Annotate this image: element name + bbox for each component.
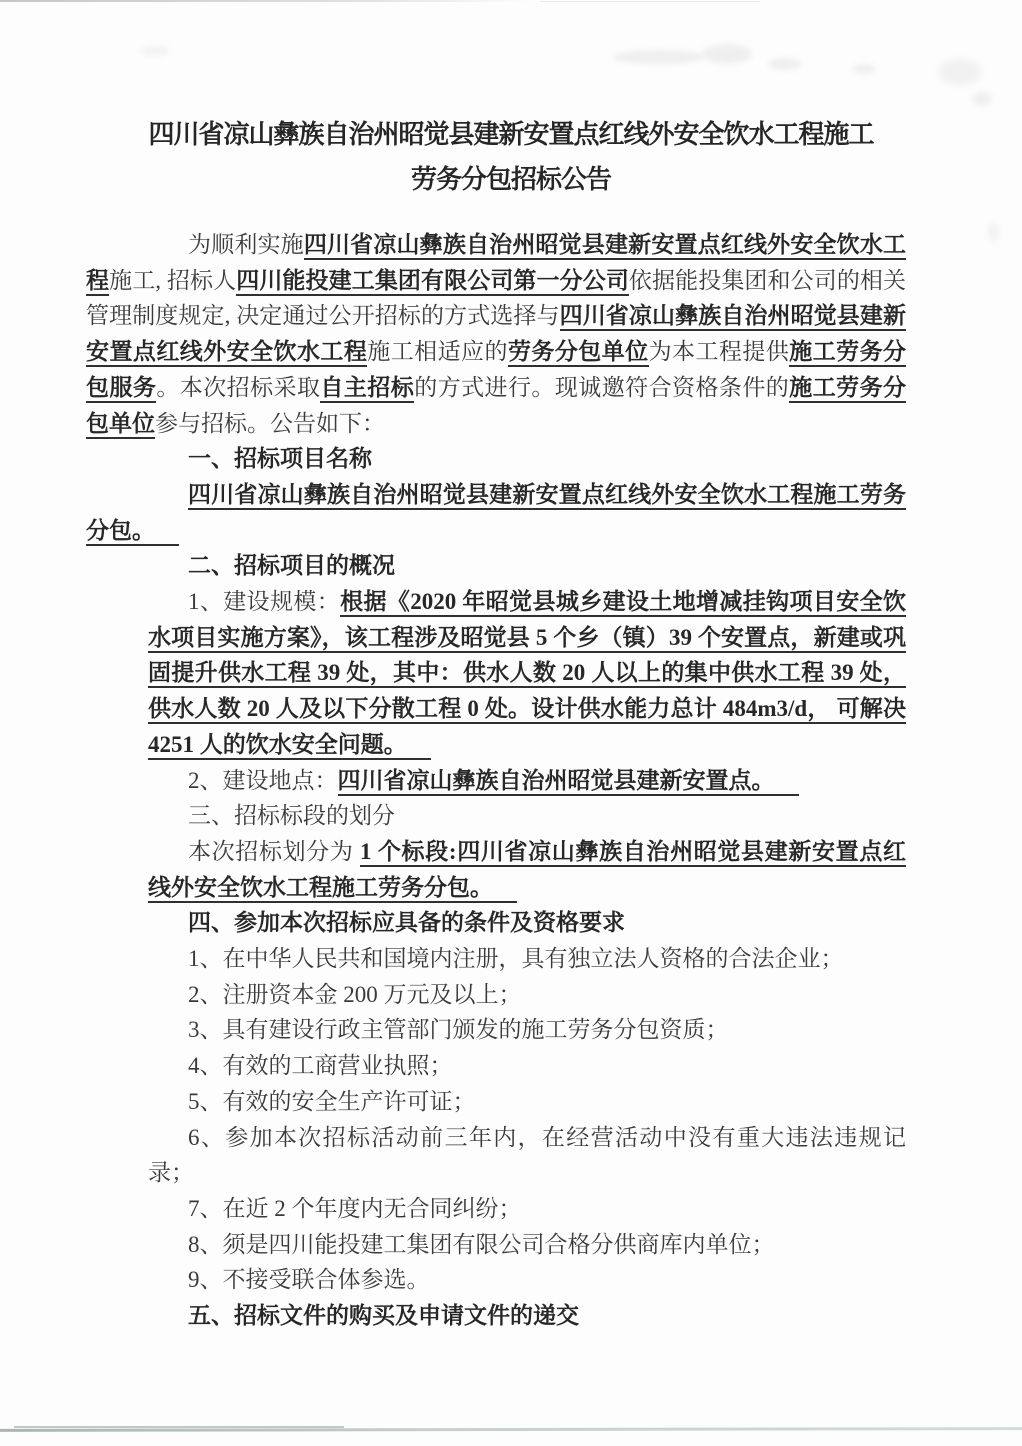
text-run: 自主招标 [320, 375, 414, 403]
qualification-item-1: 1、在中华人民共和国境内注册，具有独立法人资格的合法企业； [148, 941, 906, 977]
text-run: 四川省凉山彝族自治州昭觉县建新安置点红线外安全饮水工程施工劳务分包。 [86, 482, 906, 546]
scan-artifact-top-edge-2 [540, 1, 760, 2]
text-run: 四川能投建工集团有限公司第一分公司 [236, 268, 629, 296]
bid-sections-paragraph: 本次招标划分为 1 个标段:四川省凉山彝族自治州昭觉县建新安置点红线外安全饮水工… [148, 834, 906, 905]
text-run: 为本工程提供 [649, 339, 790, 364]
section-1-heading: 一、招标项目名称 [86, 441, 906, 477]
text-run: 8、须是四川能投建工集团有限公司合格分供商库内单位； [188, 1232, 775, 1257]
scan-artifact-smudge [938, 58, 982, 86]
document-body: 为顺利实施四川省凉山彝族自治州昭觉县建新安置点红线外安全饮水工程施工, 招标人四… [86, 227, 906, 1334]
text-run: 4、有效的工商营业执照； [188, 1053, 453, 1078]
text-run: 本次招标划分为 [188, 839, 360, 864]
scan-artifact-bottom-edge [0, 1427, 1022, 1432]
scan-artifact-smudge [140, 46, 170, 56]
section-5-heading: 五、招标文件的购买及申请文件的递交 [86, 1298, 906, 1334]
text-run: 参与招标。公告如下： [155, 411, 385, 436]
scan-artifact-smudge [852, 64, 876, 74]
qualification-item-9: 9、不接受联合体参选。 [148, 1262, 906, 1298]
text-run: 劳务分包单位 [508, 339, 649, 367]
section-2-heading: 二、招标项目的概况 [86, 548, 906, 584]
construction-site-paragraph: 2、建设地点：四川省凉山彝族自治州昭觉县建新安置点。 [148, 763, 906, 799]
scan-artifact-smudge [768, 58, 802, 70]
text-run: 1、建设规模： [188, 589, 340, 614]
text-run: 的方式进行。现诚邀符合资格条件的 [414, 375, 789, 400]
text-run: 四、参加本次招标应具备的条件及资格要求 [188, 910, 625, 935]
construction-scale-paragraph: 1、建设规模：根据《2020 年昭觉县城乡建设土地增减挂钩项目安全饮水项目实施方… [148, 584, 906, 763]
intro-paragraph: 为顺利实施四川省凉山彝族自治州昭觉县建新安置点红线外安全饮水工程施工, 招标人四… [86, 227, 906, 441]
text-run: 7、在近 2 个年度内无合同纠纷； [188, 1196, 522, 1221]
qualification-item-7: 7、在近 2 个年度内无合同纠纷； [148, 1191, 906, 1227]
qualification-item-8: 8、须是四川能投建工集团有限公司合格分供商库内单位； [148, 1227, 906, 1263]
text-run: 3、具有建设行政主管部门颁发的施工劳务分包资质； [188, 1017, 729, 1042]
document-title-line-2: 劳务分包招标公告 [60, 157, 962, 202]
project-name-paragraph: 四川省凉山彝族自治州昭觉县建新安置点红线外安全饮水工程施工劳务分包。 [86, 477, 906, 548]
text-run: 四川省凉山彝族自治州昭觉县建新安置点。 [338, 768, 799, 796]
qualification-item-5: 5、有效的安全生产许可证； [148, 1084, 906, 1120]
text-run: 二、招标项目的概况 [188, 553, 395, 578]
scan-artifact-smudge [612, 50, 704, 64]
text-run: 6、参加本次招标活动前三年内，在经营活动中没有重大违法违规记录； [148, 1125, 906, 1186]
text-run: 施工, 招标人 [109, 268, 236, 293]
qualification-item-6: 6、参加本次招标活动前三年内，在经营活动中没有重大违法违规记录； [148, 1120, 906, 1191]
scan-artifact-smudge [702, 44, 752, 64]
text-run: 一、招标项目名称 [188, 446, 372, 471]
section-4-heading: 四、参加本次招标应具备的条件及资格要求 [86, 905, 906, 941]
section-3-heading: 三、招标标段的划分 [86, 798, 906, 834]
document-title-line-1: 四川省凉山彝族自治州昭觉县建新安置点红线外安全饮水工程施工 [60, 112, 962, 157]
scan-artifact-smudge [972, 92, 992, 106]
text-run: 五、招标文件的购买及申请文件的递交 [188, 1303, 579, 1328]
text-run: 。本次招标采取 [156, 375, 320, 400]
document-page: 四川省凉山彝族自治州昭觉县建新安置点红线外安全饮水工程施工 劳务分包招标公告 为… [0, 0, 1022, 1446]
text-run: 根据《2020 年昭觉县城乡建设土地增减挂钩项目安全饮水项目实施方案》，该工程涉… [148, 589, 906, 760]
text-run: 三、招标标段的划分 [188, 803, 395, 828]
qualification-item-4: 4、有效的工商营业执照； [148, 1048, 906, 1084]
qualification-item-3: 3、具有建设行政主管部门颁发的施工劳务分包资质； [148, 1012, 906, 1048]
text-run: 为顺利实施 [188, 232, 304, 257]
text-run: 1、在中华人民共和国境内注册，具有独立法人资格的合法企业； [188, 946, 844, 971]
scan-artifact-top-edge [0, 0, 530, 2]
text-run: 9、不接受联合体参选。 [188, 1267, 430, 1292]
text-run: 2、注册资本金 200 万元及以上； [188, 982, 522, 1007]
text-run: 施工相适应的 [367, 339, 508, 364]
text-run: 2、建设地点： [188, 768, 338, 793]
qualification-item-2: 2、注册资本金 200 万元及以上； [148, 977, 906, 1013]
document-title: 四川省凉山彝族自治州昭觉县建新安置点红线外安全饮水工程施工 劳务分包招标公告 [60, 112, 962, 202]
scan-artifact-smudge [988, 222, 1000, 242]
text-run: 5、有效的安全生产许可证； [188, 1089, 476, 1114]
